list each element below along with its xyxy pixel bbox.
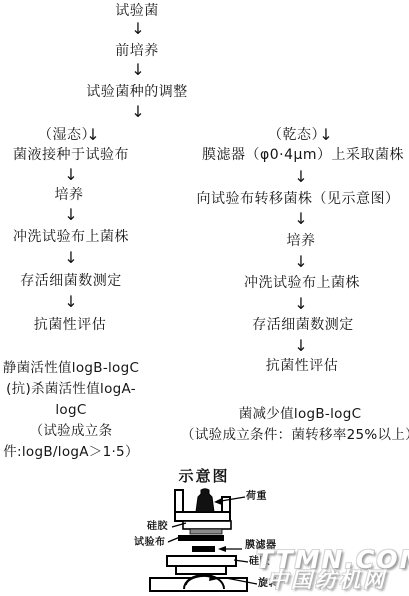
watermark-site-name: 中国纺机网: [267, 564, 387, 594]
down-arrow-icon: ↓: [294, 255, 307, 269]
left-result-line: 件:logB/logA＞1·5）: [3, 442, 139, 463]
down-arrow-icon: ↓: [319, 128, 332, 142]
down-arrow-icon: ↓: [294, 212, 307, 226]
test-cloth-label: 试验布: [134, 537, 166, 548]
down-arrow-icon: ↓: [131, 63, 144, 77]
down-arrow-icon: ↓: [64, 251, 77, 265]
down-arrow-icon: ↓: [64, 208, 77, 222]
flow-node-transfer-to-cloth: 向试验布转移菌株（见示意图）: [197, 192, 400, 207]
schematic-title: 示意图: [178, 465, 229, 486]
flow-node-test-bacteria: 试验菌: [115, 4, 159, 19]
flow-diagram: 试验菌 ↓ 前培养 ↓ 试验菌种的调整 ↓ （湿态） ↓ 菌液接种于试验布 ↓ …: [0, 0, 409, 596]
down-arrow-icon: ↓: [294, 339, 307, 353]
flow-node-culture-left: 培养: [55, 188, 84, 203]
flow-node-rinse-left: 冲洗试验布上菌株: [13, 230, 129, 245]
down-arrow-icon: ↓: [294, 297, 307, 311]
dry-state-label: （乾态）: [268, 128, 326, 143]
flow-node-culture-right: 培养: [287, 234, 316, 249]
silicone-top-label: 硅胶: [147, 521, 168, 532]
load-label: 荷重: [246, 491, 267, 502]
right-result-line: 菌减少值logB-logC: [181, 404, 409, 425]
flow-node-count-right: 存活细菌数测定: [252, 318, 354, 333]
flow-node-strain-adjustment: 试验菌种的调整: [86, 85, 188, 100]
down-arrow-icon: ↓: [131, 105, 144, 119]
down-arrow-icon: ↓: [86, 128, 99, 142]
flow-node-evaluate-right: 抗菌性评估: [266, 359, 339, 374]
flow-node-membrane-filter: 膜滤器（φ0·4μm）上采取菌株: [202, 148, 404, 163]
down-arrow-icon: ↓: [131, 22, 144, 36]
left-result-line: logC: [3, 400, 139, 421]
down-arrow-icon: ↓: [64, 168, 77, 182]
right-result-line: （试验成立条件：菌转移率25%以上）: [181, 425, 409, 446]
flow-node-preculture: 前培养: [115, 44, 159, 59]
down-arrow-icon: ↓: [64, 295, 77, 309]
flow-node-evaluate-left: 抗菌性评估: [34, 318, 107, 333]
left-result-line: 静菌活性值logB-logC: [3, 358, 139, 379]
right-result-block: 菌减少值logB-logC （试验成立条件：菌转移率25%以上）: [181, 404, 409, 446]
flow-node-rinse-right: 冲洗试验布上菌株: [244, 276, 360, 291]
flow-node-count-left: 存活细菌数测定: [20, 274, 122, 289]
flow-node-inoculate-cloth: 菌液接种于试验布: [13, 148, 129, 163]
left-result-line: （试验成立条: [3, 421, 139, 442]
left-result-block: 静菌活性值logB-logC (抗)杀菌活性值logA- logC （试验成立条…: [3, 358, 139, 463]
left-result-line: (抗)杀菌活性值logA-: [3, 379, 139, 400]
down-arrow-icon: ↓: [294, 170, 307, 184]
